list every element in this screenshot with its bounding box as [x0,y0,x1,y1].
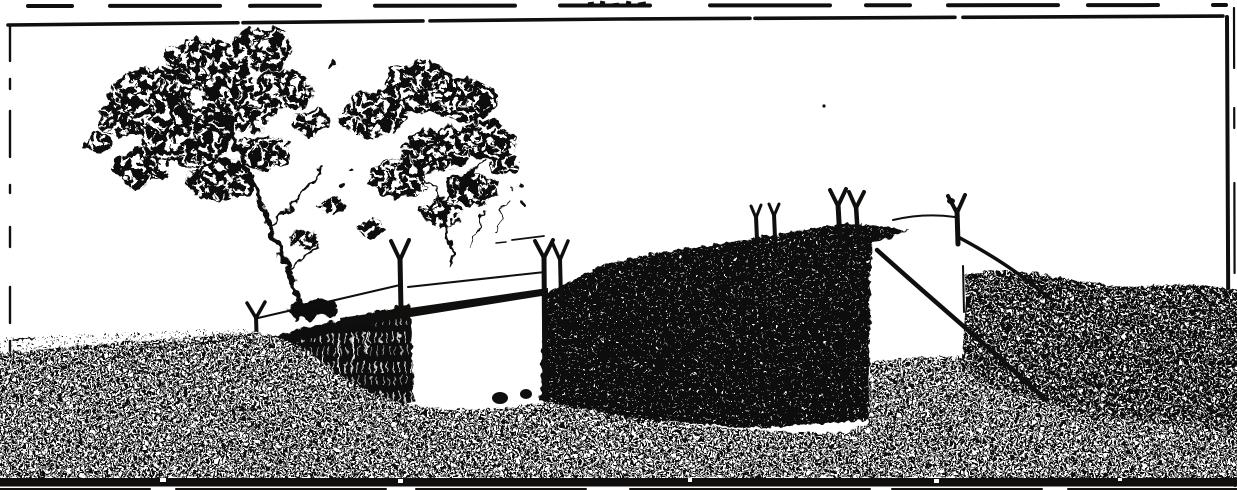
engraving-plate [0,0,1237,490]
engraving-canvas [0,0,1237,490]
frame-top-outer-rule [28,5,1226,6]
stake-flag-tuft [947,198,955,204]
sky-speck [822,104,825,107]
panel-edge-line [963,266,964,312]
